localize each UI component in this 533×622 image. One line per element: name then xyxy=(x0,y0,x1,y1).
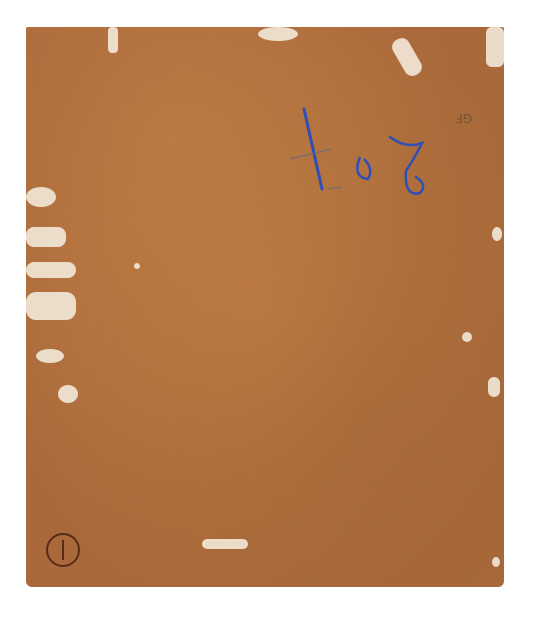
handwritten-number-207 xyxy=(282,97,432,207)
paint-splatter xyxy=(26,292,76,320)
paint-splatter xyxy=(26,262,76,278)
paint-splatter xyxy=(202,539,248,549)
paint-splatter xyxy=(108,27,118,53)
pencil-note: GF xyxy=(456,111,472,125)
paint-splatter xyxy=(58,385,78,403)
paint-splatter xyxy=(26,187,56,207)
paint-splatter xyxy=(134,263,140,269)
paint-splatter xyxy=(492,557,500,567)
paint-splatter xyxy=(258,27,298,41)
paint-splatter xyxy=(36,349,64,363)
paint-splatter xyxy=(488,377,500,397)
hardboard-panel: GF xyxy=(26,27,504,587)
paint-splatter xyxy=(389,35,425,79)
paint-splatter xyxy=(26,227,66,247)
circular-stamp-icon xyxy=(46,533,80,567)
paint-splatter xyxy=(462,332,472,342)
paint-splatter xyxy=(492,227,502,241)
paint-splatter xyxy=(486,27,504,67)
